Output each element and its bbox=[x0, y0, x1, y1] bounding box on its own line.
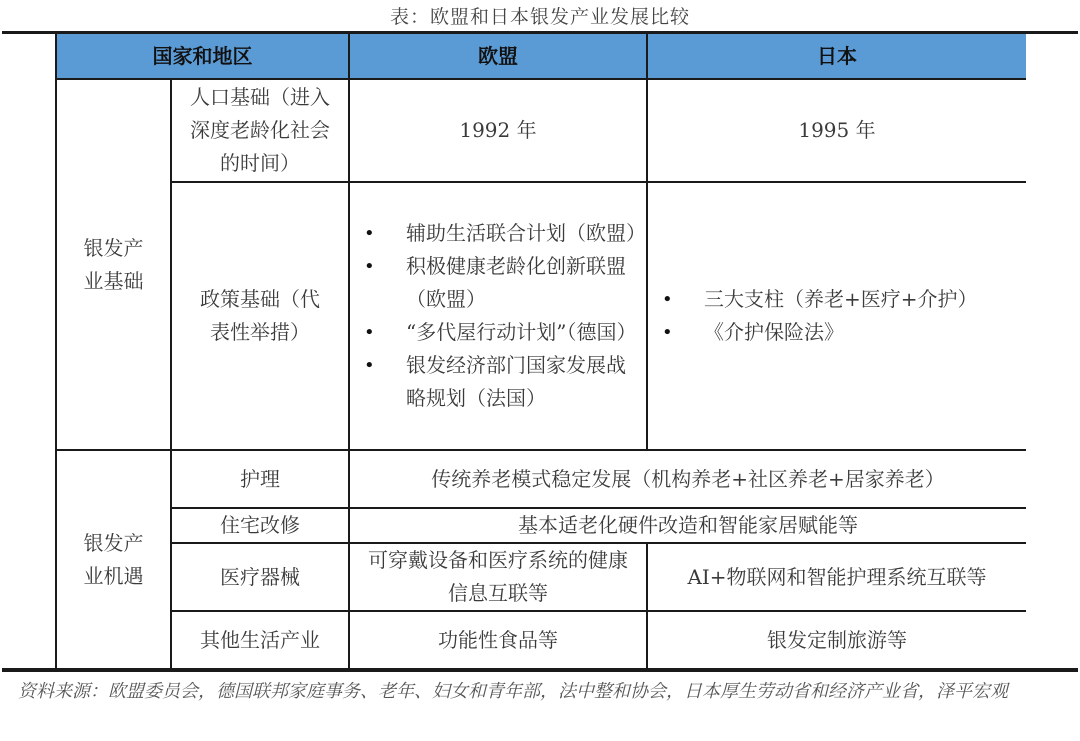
list-item: 三大支柱（养老+医疗+介护） bbox=[654, 283, 1020, 316]
list-item: 银发经济部门国家发展战略规划（法国） bbox=[356, 349, 640, 415]
comparison-table: 国家和地区 欧盟 日本 银发产业基础 人口基础（进入深度老龄化社会的时间） 19… bbox=[55, 34, 1026, 670]
row-label: 医疗器械 bbox=[171, 543, 349, 611]
table-row: 银发产业基础 人口基础（进入深度老龄化社会的时间） 1992 年 1995 年 bbox=[56, 79, 1026, 182]
japan-policy-list: 三大支柱（养老+医疗+介护） 《介护保险法》 bbox=[647, 182, 1026, 450]
table-row: 政策基础（代表性举措） 辅助生活联合计划（欧盟） 积极健康老龄化创新联盟（欧盟）… bbox=[56, 182, 1026, 450]
group-label: 银发产业机遇 bbox=[56, 450, 171, 669]
eu-value: 1992 年 bbox=[349, 79, 647, 182]
row-label: 政策基础（代表性举措） bbox=[171, 182, 349, 450]
row-label: 其他生活产业 bbox=[171, 611, 349, 669]
list-item: 积极健康老龄化创新联盟（欧盟） bbox=[356, 250, 640, 316]
table-row: 住宅改修 基本适老化硬件改造和智能家居赋能等 bbox=[56, 508, 1026, 543]
list-item: 《介护保险法》 bbox=[654, 316, 1020, 349]
source-note: 资料来源：欧盟委员会，德国联邦家庭事务、老年、妇女和青年部，法中整和协会，日本厚… bbox=[18, 676, 1073, 708]
table-row: 银发产业机遇 护理 传统养老模式稳定发展（机构养老+社区养老+居家养老） bbox=[56, 450, 1026, 508]
header-japan: 日本 bbox=[647, 34, 1026, 79]
list-item: “多代屋行动计划”（德国） bbox=[356, 316, 640, 349]
row-label: 护理 bbox=[171, 450, 349, 508]
row-label: 住宅改修 bbox=[171, 508, 349, 543]
group-label: 银发产业基础 bbox=[56, 79, 171, 450]
japan-value: 银发定制旅游等 bbox=[647, 611, 1026, 669]
table-title: 表：欧盟和日本银发产业发展比较 bbox=[0, 2, 1080, 29]
shared-value: 基本适老化硬件改造和智能家居赋能等 bbox=[349, 508, 1026, 543]
eu-value: 功能性食品等 bbox=[349, 611, 647, 669]
table-row: 其他生活产业 功能性食品等 银发定制旅游等 bbox=[56, 611, 1026, 669]
header-eu: 欧盟 bbox=[349, 34, 647, 79]
bottom-rule bbox=[2, 668, 1078, 672]
japan-value: AI+物联网和智能护理系统互联等 bbox=[647, 543, 1026, 611]
header-row: 国家和地区 欧盟 日本 bbox=[56, 34, 1026, 79]
shared-value: 传统养老模式稳定发展（机构养老+社区养老+居家养老） bbox=[349, 450, 1026, 508]
row-label: 人口基础（进入深度老龄化社会的时间） bbox=[171, 79, 349, 182]
eu-value: 可穿戴设备和医疗系统的健康信息互联等 bbox=[349, 543, 647, 611]
eu-policy-list: 辅助生活联合计划（欧盟） 积极健康老龄化创新联盟（欧盟） “多代屋行动计划”（德… bbox=[349, 182, 647, 450]
table-row: 医疗器械 可穿戴设备和医疗系统的健康信息互联等 AI+物联网和智能护理系统互联等 bbox=[56, 543, 1026, 611]
header-region: 国家和地区 bbox=[56, 34, 349, 79]
japan-value: 1995 年 bbox=[647, 79, 1026, 182]
list-item: 辅助生活联合计划（欧盟） bbox=[356, 217, 640, 250]
